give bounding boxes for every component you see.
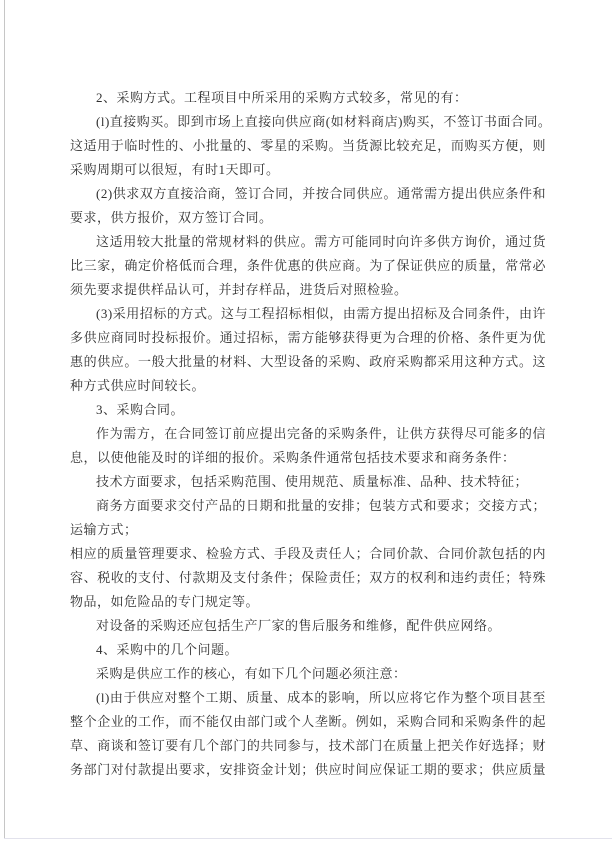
- text-line: 草、商谈和签订要有几个部门的共同参与，技术部门在质量上把关作好选择；财: [70, 734, 546, 758]
- text-line: (l)由于供应对整个工期、质量、成本的影响，所以应将它作为整个项目甚至: [70, 686, 546, 710]
- text-line: 种方式供应时间较长。: [70, 374, 546, 398]
- text-line: (3)采用招标的方式。这与工程招标相似，由需方提出招标及合同条件，由许: [70, 302, 546, 326]
- text-line: 整个企业的工作，而不能仅由部门或个人垄断。例如，采购合同和采购条件的起: [70, 710, 546, 734]
- text-line: 2、采购方式。工程项目中所采用的采购方式较多，常见的有：: [70, 86, 546, 110]
- text-line: 这适用较大批量的常规材料的供应。需方可能同时向许多供方询价，通过货: [70, 230, 546, 254]
- document-page: 2、采购方式。工程项目中所采用的采购方式较多，常见的有：(l)直接购买。即到市场…: [0, 0, 612, 843]
- text-line: 4、采购中的几个问题。: [70, 638, 546, 662]
- text-line: 技术方面要求，包括采购范围、使用规范、质量标准、品种、技术特征；: [70, 470, 546, 494]
- text-line: 多供应商同时投标报价。通过招标，需方能够获得更为合理的价格、条件更为优: [70, 326, 546, 350]
- text-line: 要求，供方报价，双方签订合同。: [70, 206, 546, 230]
- text-line: 比三家，确定价格低而合理，条件优惠的供应商。为了保证供应的质量，常常必: [70, 254, 546, 278]
- text-line: 商务方面要求交付产品的日期和批量的安排；包装方式和要求；交接方式；: [70, 494, 546, 518]
- text-line: 容、税收的支付、付款期及支付条件；保险责任；双方的权利和违约责任；特殊: [70, 566, 546, 590]
- text-line: (2)供求双方直接洽商，签订合同，并按合同供应。通常需方提出供应条件和: [70, 182, 546, 206]
- text-line: 作为需方，在合同签订前应提出完备的采购条件，让供方获得尽可能多的信: [70, 422, 546, 446]
- page-left-border-line: [4, 0, 5, 839]
- text-line: (l)直接购买。即到市场上直接向供应商(如材料商店)购买，不签订书面合同。: [70, 110, 546, 134]
- page-bottom-border-line: [4, 838, 612, 839]
- text-line: 对设备的采购还应包括生产厂家的售后服务和维修，配件供应网络。: [70, 614, 546, 638]
- text-line: 物品，如危险品的专门规定等。: [70, 590, 546, 614]
- text-line: 相应的质量管理要求、检验方式、手段及责任人；合同价款、合同价款包括的内: [70, 542, 546, 566]
- text-line: 务部门对付款提出要求，安排资金计划；供应时间应保证工期的要求；供应质量: [70, 758, 546, 782]
- text-line: 须先要求提供样品认可，并封存样品，进货后对照检验。: [70, 278, 546, 302]
- text-line: 惠的供应。一般大批量的材料、大型设备的采购、政府采购都采用这种方式。这: [70, 350, 546, 374]
- text-line: 息，以使他能及时的详细的报价。采购条件通常包括技术要求和商务条件：: [70, 446, 546, 470]
- text-line: 运输方式；: [70, 518, 546, 542]
- text-line: 这适用于临时性的、小批量的、零星的采购。当货源比较充足，而购买方便，则: [70, 134, 546, 158]
- document-text-block: 2、采购方式。工程项目中所采用的采购方式较多，常见的有：(l)直接购买。即到市场…: [70, 86, 546, 782]
- text-line: 3、采购合同。: [70, 398, 546, 422]
- text-line: 采购周期可以很短，有时1天即可。: [70, 158, 546, 182]
- text-line: 采购是供应工作的核心，有如下几个问题必须注意：: [70, 662, 546, 686]
